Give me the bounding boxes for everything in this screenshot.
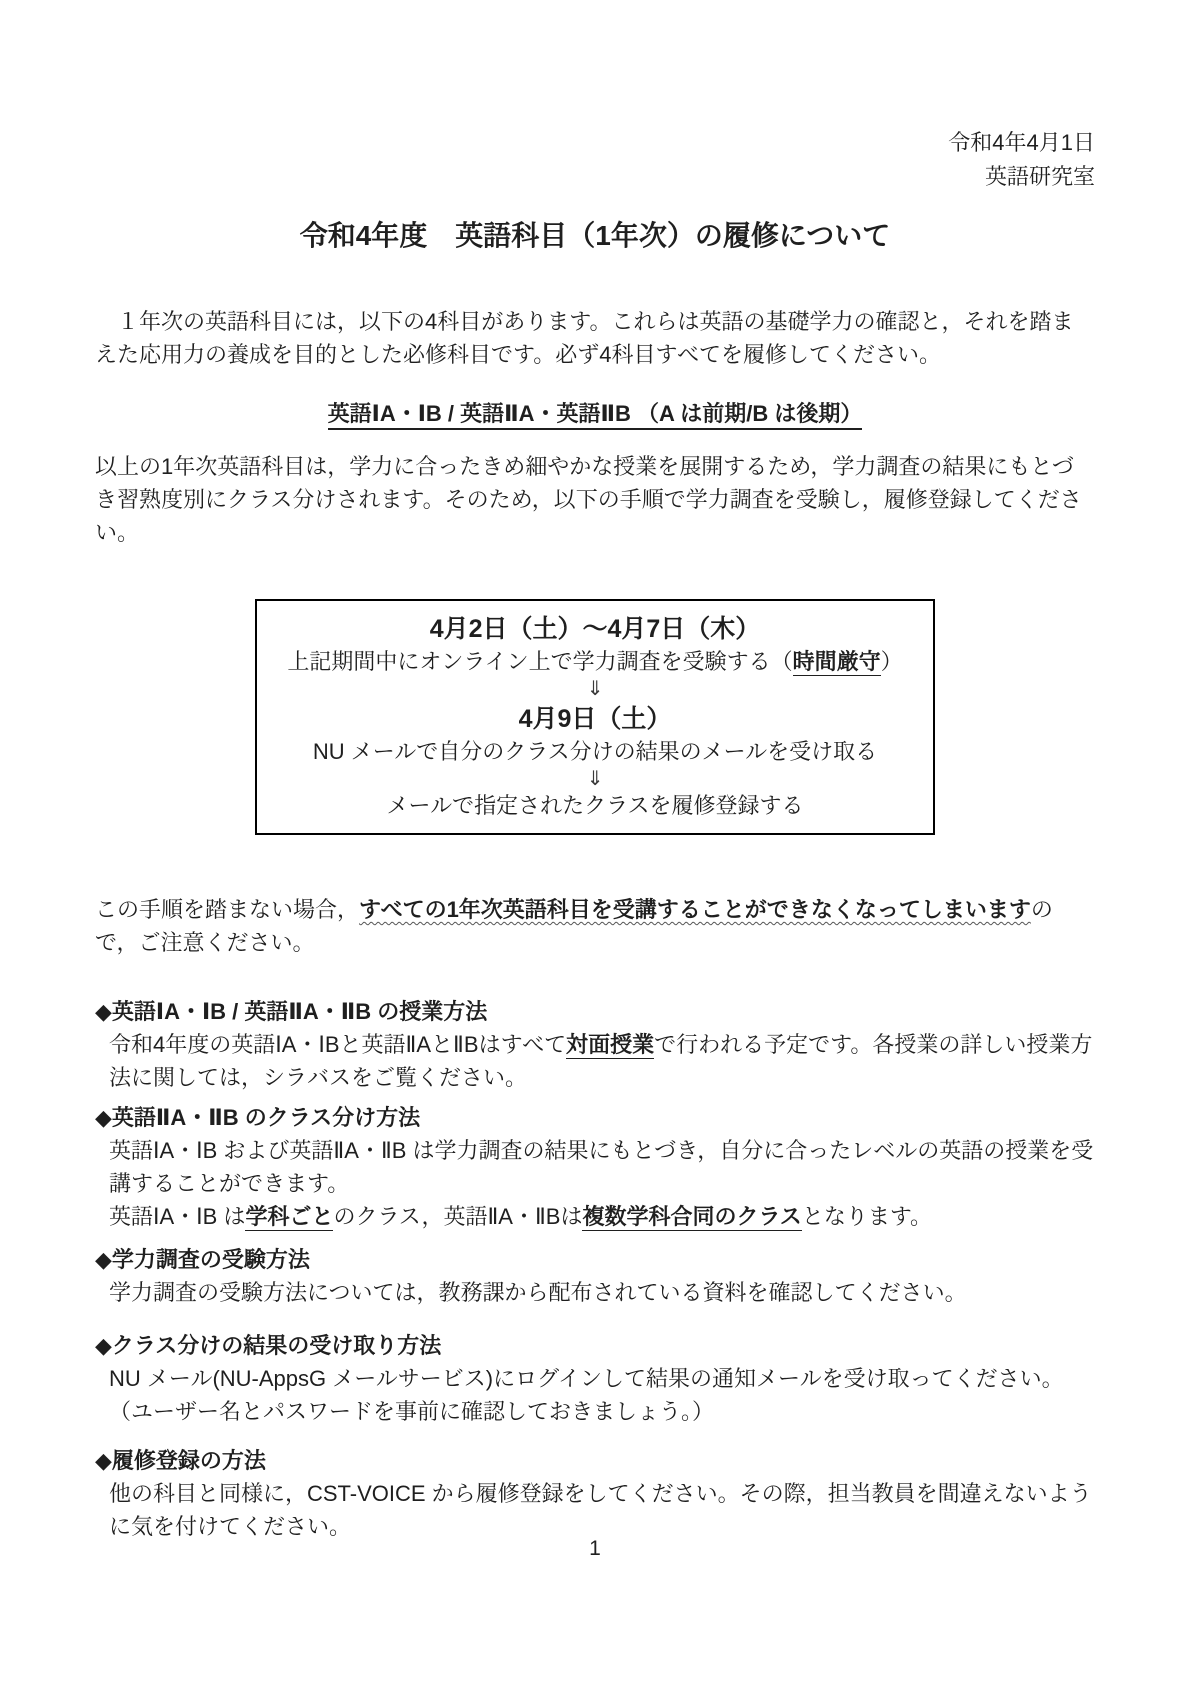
- flow-step-1-text: 上記期間中にオンライン上で学力調査を受験する（: [287, 649, 792, 674]
- class-division-line1: 英語ⅠA・ⅠB および英語ⅡA・ⅡB は学力調査の結果にもとづき，自分に合ったレ…: [109, 1134, 1095, 1200]
- course-list-text: 英語ⅠA・ⅠB / 英語ⅡA・英語ⅡB （A は前期/B は後期）: [328, 401, 863, 430]
- flow-step-1-emphasis: 時間厳守: [793, 649, 881, 676]
- course-list-heading: 英語ⅠA・ⅠB / 英語ⅡA・英語ⅡB （A は前期/B は後期）: [95, 397, 1095, 430]
- flow-step-1: 上記期間中にオンライン上で学力調査を受験する（時間厳守）: [271, 647, 919, 677]
- warning-pre: この手順を踏まない場合，: [95, 897, 359, 922]
- class-division-line2-post: となります。: [802, 1204, 932, 1229]
- warning-emphasis: すべての1年次英語科目を受講することができなくなってしまいます: [359, 897, 1031, 922]
- section-class-division: ◆英語ⅡA・ⅡB のクラス分け方法 英語ⅠA・ⅠB および英語ⅡA・ⅡB は学力…: [95, 1101, 1095, 1233]
- class-division-emphasis-2: 複数学科合同のクラス: [582, 1204, 801, 1231]
- section-body: 令和4年度の英語ⅠA・ⅠBと英語ⅡAとⅡBはすべて対面授業で行われる予定です。各…: [95, 1028, 1095, 1094]
- document-header: 令和4年4月1日 英語研究室: [95, 126, 1095, 194]
- result-line2: （ユーザー名とパスワードを事前に確認しておきましょう。）: [109, 1395, 1095, 1428]
- section-registration-method: ◆履修登録の方法 他の科目と同様に，CST-VOICE から履修登録をしてくださ…: [95, 1444, 1095, 1543]
- section-body: NU メール(NU-AppsG メールサービス)にログインして結果の通知メールを…: [95, 1362, 1095, 1428]
- issuing-office: 英語研究室: [95, 160, 1095, 194]
- section-teaching-method: ◆英語ⅠA・ⅠB / 英語ⅡA・ⅡB の授業方法 令和4年度の英語ⅠA・ⅠBと英…: [95, 995, 1095, 1094]
- section-heading: ◆英語ⅠA・ⅠB / 英語ⅡA・ⅡB の授業方法: [95, 995, 1095, 1028]
- warning-paragraph: この手順を踏まない場合，すべての1年次英語科目を受講することができなくなってしま…: [95, 893, 1095, 959]
- section-heading: ◆クラス分けの結果の受け取り方法: [95, 1329, 1095, 1362]
- section-result-receiving: ◆クラス分けの結果の受け取り方法 NU メール(NU-AppsG メールサービス…: [95, 1329, 1095, 1428]
- down-arrow-icon: ⇓: [271, 767, 919, 791]
- section-heading: ◆学力調査の受験方法: [95, 1243, 1095, 1276]
- procedure-intro-paragraph: 以上の1年次英語科目は，学力に合ったきめ細やかな授業を展開するため，学力調査の結…: [95, 450, 1095, 549]
- result-line1: NU メール(NU-AppsG メールサービス)にログインして結果の通知メールを…: [109, 1362, 1095, 1395]
- procedure-flow-box: 4月2日（土）～4月7日（木） 上記期間中にオンライン上で学力調査を受験する（時…: [255, 599, 935, 835]
- class-division-line2-mid: のクラス，英語ⅡA・ⅡBは: [333, 1204, 582, 1229]
- result-date: 4月9日（土）: [271, 701, 919, 737]
- down-arrow-icon: ⇓: [271, 677, 919, 701]
- section-heading: ◆履修登録の方法: [95, 1444, 1095, 1477]
- teaching-body-pre: 令和4年度の英語ⅠA・ⅠBと英語ⅡAとⅡBはすべて: [109, 1032, 566, 1057]
- teaching-body-emphasis: 対面授業: [566, 1032, 654, 1059]
- section-body: 英語ⅠA・ⅠB および英語ⅡA・ⅡB は学力調査の結果にもとづき，自分に合ったレ…: [95, 1134, 1095, 1233]
- document-date: 令和4年4月1日: [95, 126, 1095, 160]
- document-page: 令和4年4月1日 英語研究室 令和4年度 英語科目（1年次）の履修について １年…: [0, 0, 1190, 1683]
- flow-step-2: NU メールで自分のクラス分けの結果のメールを受け取る: [271, 737, 919, 767]
- class-division-emphasis-1: 学科ごと: [245, 1204, 333, 1231]
- intro-paragraph: １年次の英語科目には，以下の4科目があります。これらは英語の基礎学力の確認と，そ…: [95, 305, 1095, 371]
- flow-step-1-close: ）: [881, 649, 903, 674]
- section-heading: ◆英語ⅡA・ⅡB のクラス分け方法: [95, 1101, 1095, 1134]
- exam-period: 4月2日（土）～4月7日（木）: [271, 611, 919, 647]
- page-number: 1: [0, 1532, 1190, 1565]
- class-division-line2: 英語ⅠA・ⅠB は学科ごとのクラス，英語ⅡA・ⅡBは複数学科合同のクラスとなりま…: [109, 1200, 1095, 1233]
- class-division-line2-pre: 英語ⅠA・ⅠB は: [109, 1204, 245, 1229]
- section-exam-method: ◆学力調査の受験方法 学力調査の受験方法については，教務課から配布されている資料…: [95, 1243, 1095, 1309]
- section-body: 学力調査の受験方法については，教務課から配布されている資料を確認してください。: [95, 1276, 1095, 1309]
- flow-step-3: メールで指定されたクラスを履修登録する: [271, 791, 919, 821]
- page-title: 令和4年度 英語科目（1年次）の履修について: [95, 216, 1095, 255]
